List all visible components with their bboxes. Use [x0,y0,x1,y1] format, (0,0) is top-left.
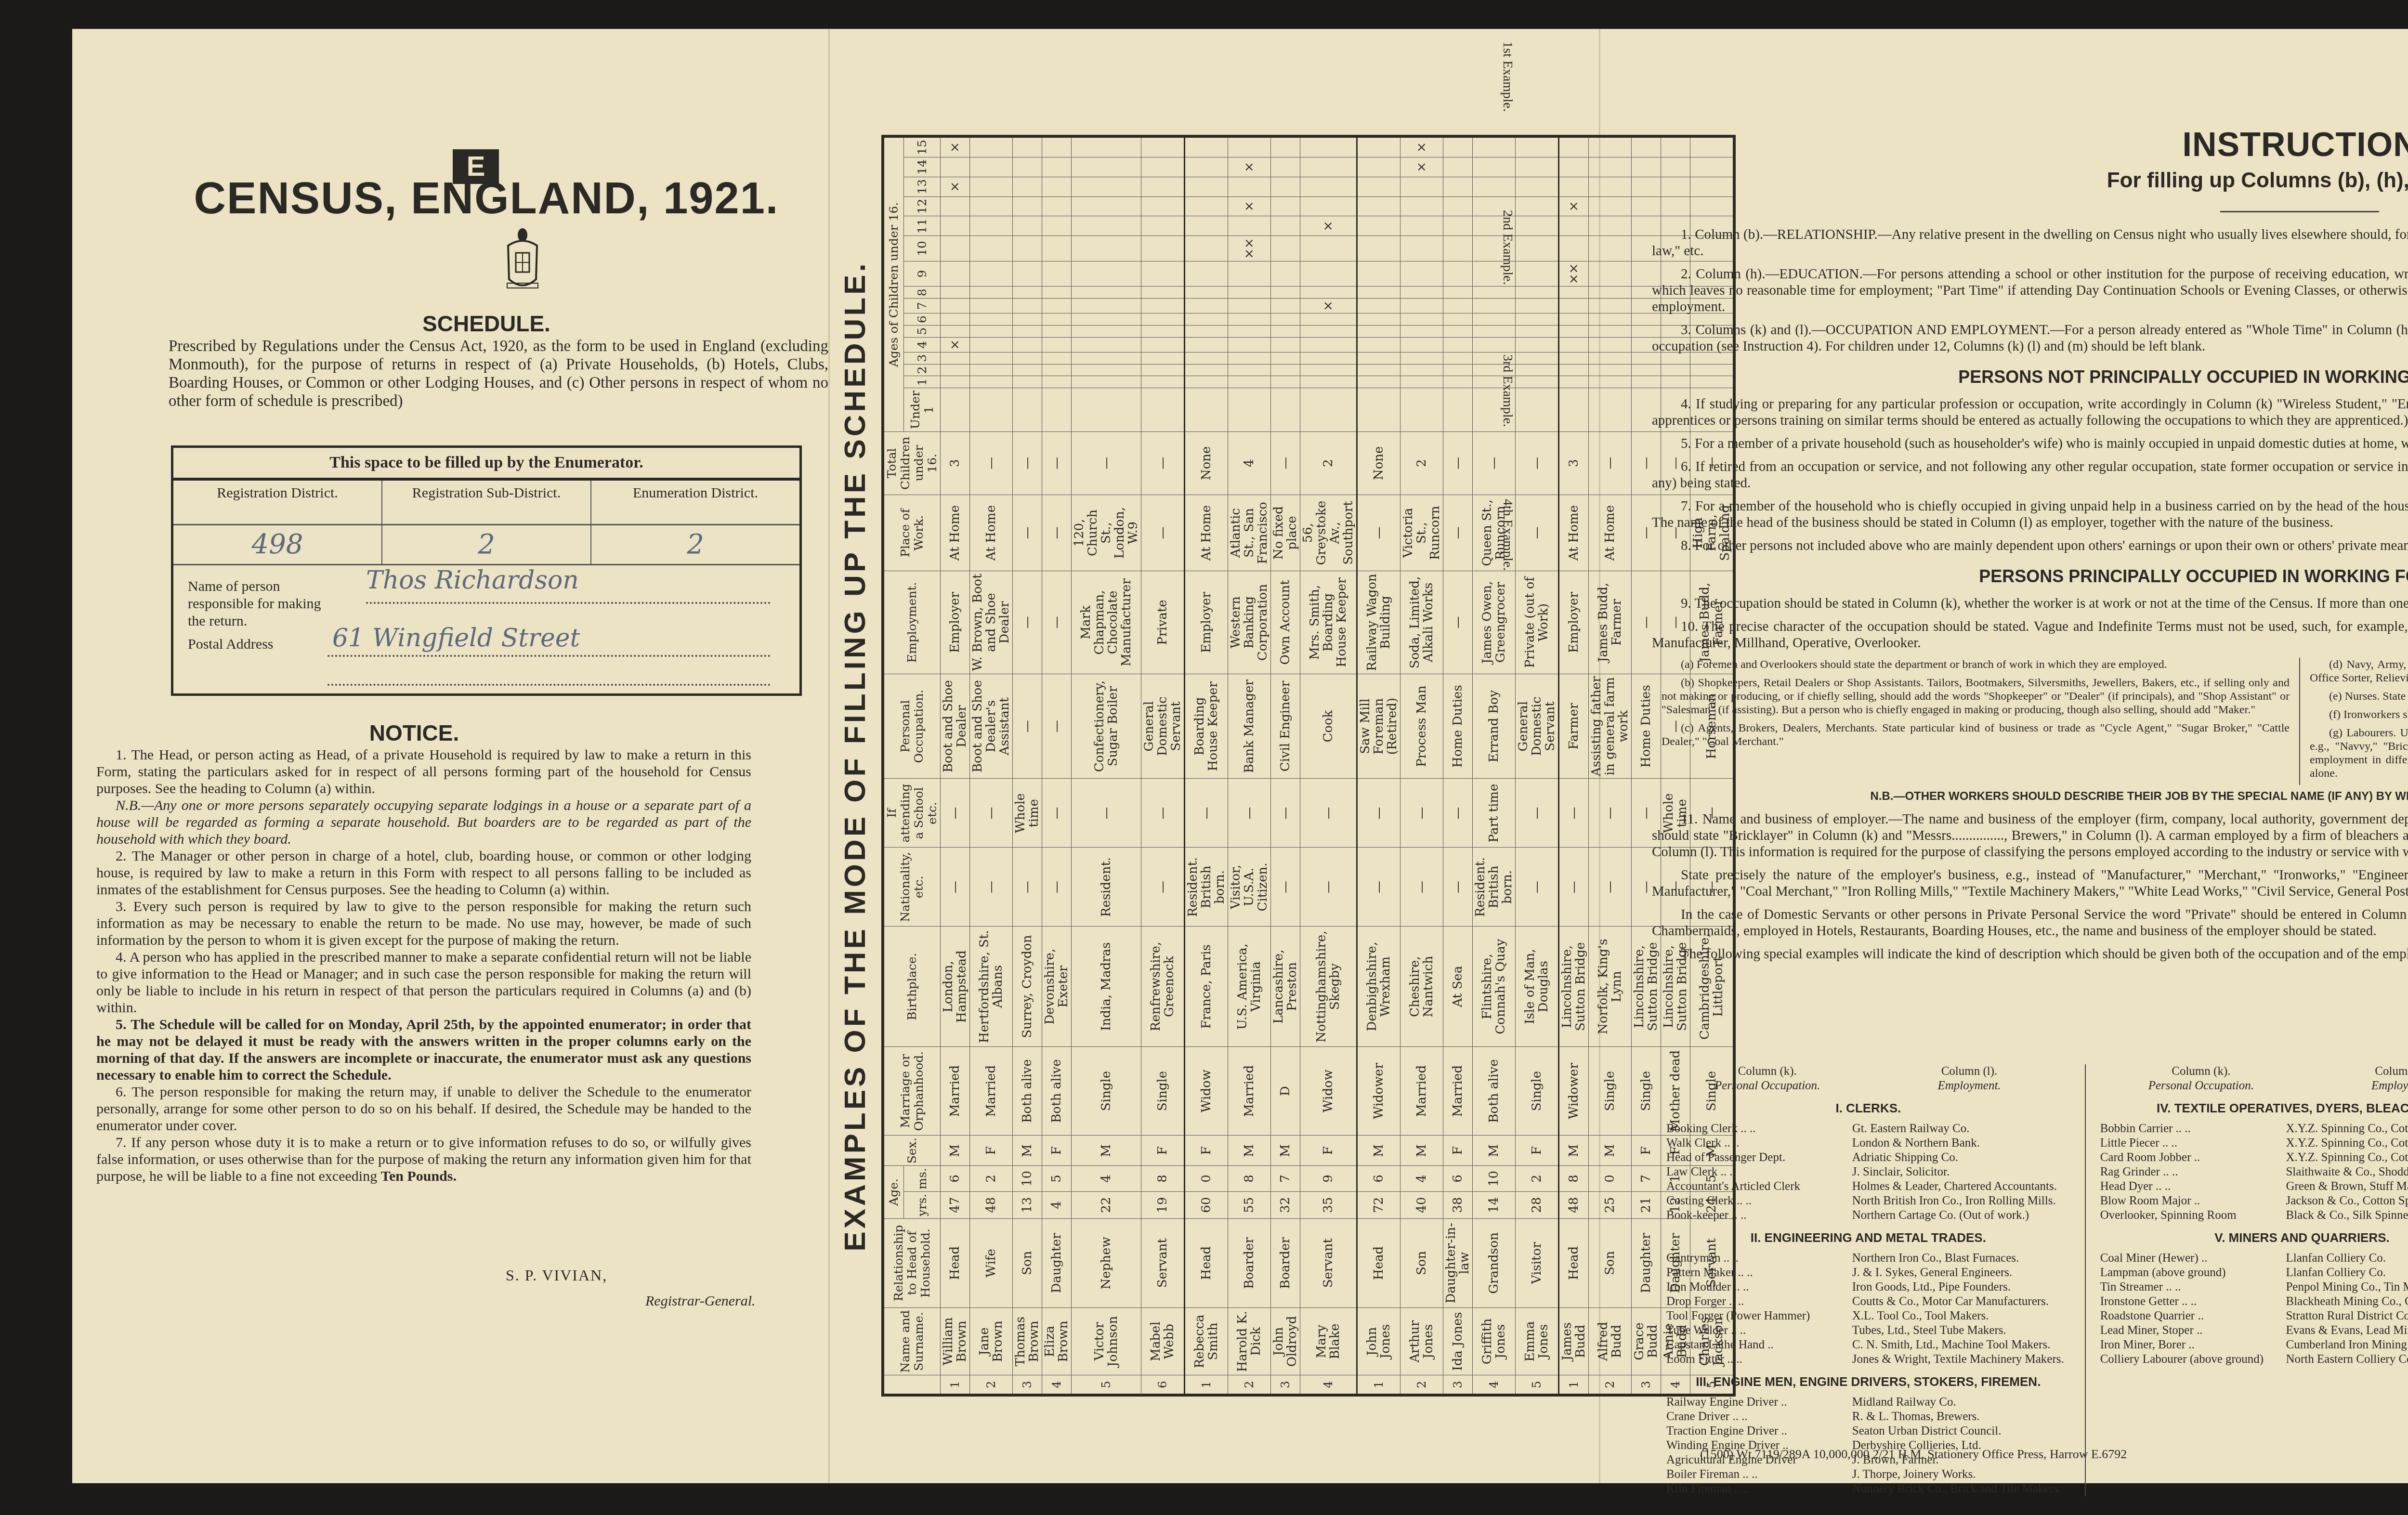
hdr-marriage: Marriage or Orphanhood. [883,1046,941,1135]
cell-nat: — [1271,848,1300,927]
cell-name: Thomas Brown [1013,1308,1042,1375]
cell-yrs: 48 [1559,1191,1589,1218]
cell-ms: 9 [1300,1166,1357,1191]
cell-child-age [1300,388,1357,431]
cell-nat: — [1141,848,1185,927]
cell-tot: — [1072,431,1141,495]
schedule-title: SCHEDULE. [144,311,828,337]
cell-tot: — [1141,431,1185,495]
cell-child-age [1185,261,1228,287]
cell-child-age [1443,236,1473,261]
cell-child-age [1271,216,1300,236]
fine-amount: Ten Pounds. [381,1168,457,1184]
cell-rel: Daughter-in-law [1443,1218,1473,1307]
cell-emp: Employer [1185,571,1228,674]
cell-yrs: 19 [1141,1191,1185,1218]
cell-place: 56, Greystoke Av., Southport [1300,495,1357,571]
cell-child-age [941,236,970,261]
cell-place: Victoria St., Runcorn [1400,495,1443,571]
cell-child-age [1013,376,1042,388]
cell-tot: — [1042,431,1072,495]
cell-occ: Boarding House Keeper [1185,674,1228,779]
cell-name: Victor Johnson [1072,1308,1141,1375]
cell-ms: 8 [1228,1166,1271,1191]
cell-tot: — [1013,431,1042,495]
cell-child-age [1042,388,1072,431]
instruction-3: 3. Columns (k) and (l).—OCCUPATION AND E… [1652,322,2408,354]
cell-name: John Jones [1357,1308,1400,1375]
cell-rel: Son [1013,1218,1042,1307]
occupation-subrules: (a) Foremen and Overlookers should state… [1652,658,2408,785]
cell-child-age [1013,337,1042,352]
cell-child-age [1300,136,1357,157]
cell-occ: Saw Mill Foreman (Retired) [1357,674,1400,779]
example-row: Capstan Lathe Hand ..C. N. Smith, Ltd., … [1666,1338,2070,1352]
example-occupation: Pattern Maker .. .. [1666,1266,1852,1280]
cell-emp: Private [1141,571,1185,674]
table-row: 5Emma JonesVisitor282FSingleIsle of Man,… [1516,136,1559,1395]
examples-column-2: Column (k).Personal Occupation.Column (l… [2086,1064,2408,1496]
cell-child-age [1271,157,1300,177]
cell-child-age [1357,216,1400,236]
cell-child-age [1042,157,1072,177]
example-row: Law Clerk .. ..J. Sinclair, Solicitor. [1666,1165,2070,1179]
cell-child-age [1443,325,1473,337]
example-occupation: Overlooker, Spinning Room [2100,1208,2286,1223]
cell-child-age [1228,376,1271,388]
cell-child-age [1072,261,1141,287]
cell-name: Arthur Jones [1400,1308,1443,1375]
cell-child-age [1141,352,1185,364]
instruction-11-examples-intro: The following special examples will indi… [1652,946,2408,962]
cell-tot: 3 [1559,431,1589,495]
cell-child-age [1443,261,1473,287]
cell-child-age [1271,313,1300,326]
example-section-title: II. ENGINEERING AND METAL TRADES. [1666,1230,2070,1245]
cell-child-age [1271,352,1300,364]
signature-name: S. P. VIVIAN, [506,1267,607,1284]
cell-child-age [1443,177,1473,196]
cell-child-age [1357,388,1400,431]
cell-child-age [1400,287,1443,299]
cell-child-age [1141,376,1185,388]
cell-child-age [1013,136,1042,157]
example-row: Card Room Jobber ..X.Y.Z. Spinning Co., … [2100,1150,2408,1165]
example-occupation: Tin Streamer .. .. [2100,1280,2286,1294]
hdr-child-age: 13 [904,177,941,196]
example-row: Tin Streamer .. ..Penpol Mining Co., Tin… [2100,1280,2408,1294]
cell-child-age [1228,216,1271,236]
cell-n: 5 [1516,1375,1559,1396]
cell-child-age [1185,299,1228,313]
cell-sex: F [1300,1136,1357,1166]
cell-child-age [1042,376,1072,388]
cell-birth: Denbighshire, Wrexham [1357,927,1400,1046]
example-employment: J. Sinclair, Solicitor. [1852,1165,2070,1179]
cell-n: 4 [1473,1375,1516,1396]
example-section-title: IV. TEXTILE OPERATIVES, DYERS, BLEACHERS… [2100,1101,2408,1116]
cell-child-age [1141,136,1185,157]
cell-child-age [1228,299,1271,313]
hdr-child-age: 9 [904,261,941,287]
table-row: 2Jane BrownWife482FMarriedHertfordshire,… [970,136,1013,1395]
example-row: Boiler Fireman .. ..J. Thorpe, Joinery W… [1666,1467,2070,1482]
example-employment: Coutts & Co., Motor Car Manufacturers. [1852,1294,2070,1309]
cell-child-age [1443,313,1473,326]
enumeration-district-value[interactable]: 2 [591,525,799,564]
cell-yrs: 28 [1516,1191,1559,1218]
cell-child-age [1559,299,1589,313]
cell-child-age [1141,216,1185,236]
example-employment: Penpol Mining Co., Tin Mine Owners. [2286,1280,2408,1294]
example-row: Blow Room Major ..Jackson & Co., Cotton … [2100,1194,2408,1208]
cell-occ: General Domestic Servant [1141,674,1185,779]
cell-child-age [970,216,1013,236]
cell-child-age [1516,313,1559,326]
cell-place: At Home [1559,495,1589,571]
instruction-11: 11. Name and business of employer.—The n… [1652,811,2408,860]
cell-place: At Home [1185,495,1228,571]
cell-nat: — [1042,848,1072,927]
example-employment: X.Y.Z. Spinning Co., Cotton Spinners. [2286,1122,2408,1136]
example-row: Overlooker, Spinning RoomBlack & Co., Si… [2100,1208,2408,1223]
example-occupation: Accountant's Articled Clerk [1666,1179,1852,1194]
cell-birth: London, Hampstead [941,927,970,1046]
example-employment: J. & I. Sykes, General Engineers. [1852,1266,2070,1280]
cell-tot: — [1271,431,1300,495]
example-employment: Tubes, Ltd., Steel Tube Makers. [1852,1323,2070,1338]
cell-child-age [1072,364,1141,376]
cell-place: 120, Church St., London, W.9 [1072,495,1141,571]
notice-6: 6. The person responsible for making the… [96,1084,751,1134]
cell-child-age [1443,364,1473,376]
hdr-child-age: 7 [904,299,941,313]
cell-child-age [1228,364,1271,376]
cell-child-age [1400,325,1443,337]
cell-sch: — [1300,779,1357,848]
instruction-11-business: State precisely the nature of the employ… [1652,867,2408,900]
subrule-c: (c) Agents, Brokers, Dealers, Merchants.… [1662,721,2290,748]
cell-child-age [1072,177,1141,196]
cell-child-age [1185,352,1228,364]
cell-child-age [1271,364,1300,376]
cell-child-age [1559,376,1589,388]
cell-emp: Mrs. Smith, Boarding House Keeper [1300,571,1357,674]
example-occupation: Coal Miner (Hewer) .. [2100,1251,2286,1266]
cell-child-age [1013,299,1042,313]
example-occupation: Roadstone Quarrier .. [2100,1309,2286,1323]
hdr-place: Place of Work. [883,495,941,571]
cell-child-age [941,313,970,326]
cell-child-age [1357,325,1400,337]
cell-child-age [1185,157,1228,177]
cell-sex: F [1185,1136,1228,1166]
cell-child-age [970,352,1013,364]
cell-child-age [1443,196,1473,216]
example-employment: Llanfan Colliery Co. [2286,1251,2408,1266]
notice-7: 7. If any person whose duty it is to mak… [96,1134,751,1185]
cell-child-age [1072,337,1141,352]
cell-child-age [1013,287,1042,299]
instruction-8: 8. For other persons not included above … [1652,537,2408,554]
cell-yrs: 60 [1185,1191,1228,1218]
cell-child-age [1228,177,1271,196]
cell-child-age [1042,236,1072,261]
cell-occ: Boot and Shoe Dealer's Assistant [970,674,1013,779]
cell-mar: Single [1072,1046,1141,1135]
cell-place: — [1042,495,1072,571]
cell-rel: Servant [1141,1218,1185,1307]
table-row: 2Arthur JonesSon404MMarriedCheshire, Nan… [1400,136,1443,1395]
cell-child-age [941,196,970,216]
hdr-birthplace: Birthplace. [883,927,941,1046]
cell-child-age [1013,364,1042,376]
cell-birth: Nottinghamshire, Skegby [1300,927,1357,1046]
heading-occupied: PERSONS PRINCIPALLY OCCUPIED IN WORKING … [1652,566,2408,587]
cell-ms: 5 [1042,1166,1072,1191]
hdr-child-age: 6 [904,313,941,326]
cell-child-age [1228,352,1271,364]
cell-mar: Both alive [1042,1046,1072,1135]
cell-birth: Cheshire, Nantwich [1400,927,1443,1046]
cell-sex: M [1228,1136,1271,1166]
cell-child-age [1443,287,1473,299]
cell-child-age [1271,196,1300,216]
cell-ms: 6 [941,1166,970,1191]
address-dotted-line-2 [327,684,771,686]
occupation-examples: Column (k).Personal Occupation.Column (l… [1652,1064,2408,1496]
cell-mar: Widow [1185,1046,1228,1135]
cell-emp: Employer [941,571,970,674]
hdr-ages-children: Ages of Children under 16. [883,136,904,431]
cell-child-age [1300,177,1357,196]
cell-child-age [1559,177,1589,196]
example-row: Costing Clerk .. ..North British Iron Co… [1666,1194,2070,1208]
cell-child-age [941,325,970,337]
instruction-1: 1. Column (b).—RELATIONSHIP.—Any relativ… [1652,226,2408,259]
postal-address-value[interactable]: 61 Wingfield Street [332,624,580,653]
cell-sex: M [1013,1136,1042,1166]
instruction-4: 4. If studying or preparing for any part… [1652,396,2408,429]
cell-emp: — [1013,571,1042,674]
cell-child-age [1185,287,1228,299]
cell-child-age [1072,388,1141,431]
example-label-3: 3rd Example. [1500,354,1515,499]
cell-n: 2 [970,1375,1013,1396]
cell-child-age [1042,364,1072,376]
hdr-age-yrs: yrs. [904,1191,941,1218]
example-occupation: Rag Grinder .. .. [2100,1165,2286,1179]
cell-sch: — [1400,779,1443,848]
child-age-mark: × [1559,196,1589,216]
cell-occ: General Domestic Servant [1516,674,1559,779]
example-section-title: I. CLERKS. [1666,1101,2070,1116]
cell-name: Jane Brown [970,1308,1013,1375]
hdr-child-age: 11 [904,216,941,236]
cell-nat: Resident. British born. [1185,848,1228,927]
cell-child-age [1400,388,1443,431]
cell-child-age [1400,313,1443,326]
cell-child-age [1443,352,1473,364]
cell-child-age [1141,299,1185,313]
table-row: 1William BrownHead476MMarriedLondon, Ham… [941,136,970,1395]
example-row: Iron Moulder .. ..Iron Goods, Ltd., Pipe… [1666,1280,2070,1294]
cell-sex: M [1400,1136,1443,1166]
cell-child-age [1042,196,1072,216]
cell-emp: Employer [1559,571,1589,674]
cell-sch: — [1357,779,1400,848]
cell-child-age [1400,177,1443,196]
cell-child-age [1141,236,1185,261]
cell-child-age [1042,216,1072,236]
cell-nat: — [1357,848,1400,927]
cell-rel: Visitor [1516,1218,1559,1307]
cell-child-age [1559,352,1589,364]
instruction-7: 7. For a member of the household who is … [1652,498,2408,531]
child-age-mark: × [1400,136,1443,157]
cell-yrs: 14 [1473,1191,1516,1218]
cell-sch: — [970,779,1013,848]
table-row: 3Ida JonesDaughter-in-law386FMarriedAt S… [1443,136,1473,1395]
subrule-g: (g) Labourers. Unskilled workers usually… [2310,726,2408,780]
example-occupation: Card Room Jobber .. [2100,1150,2286,1165]
registration-district-value[interactable]: 498 [173,525,382,564]
name-of-person-value[interactable]: Thos Richardson [366,566,579,595]
cell-name: John Oldroyd [1271,1308,1300,1375]
cell-birth: At Sea [1443,927,1473,1046]
example-employment: J. Thorpe, Joinery Works. [1852,1467,2070,1482]
cell-ms: 8 [1141,1166,1185,1191]
example-occupation: Gantryman .. .. [1666,1251,1852,1266]
cell-birth: Lincolnshire, Sutton Bridge [1559,927,1589,1046]
cell-child-age [970,157,1013,177]
instructions-body: 1. Column (b).—RELATIONSHIP.—Any relativ… [1652,226,2408,969]
cell-child-age [1516,287,1559,299]
hdr-total-children: Total Children under 16. [883,431,941,495]
example-row: Rag Grinder .. ..Slaithwaite & Co., Shod… [2100,1165,2408,1179]
cell-child-age [1271,337,1300,352]
cell-child-age [1559,325,1589,337]
hdr-child-age: Under 1 [904,388,941,431]
example-row: Coal Miner (Hewer) ..Llanfan Colliery Co… [2100,1251,2408,1266]
example-row: Pattern Maker .. ..J. & I. Sykes, Genera… [1666,1266,2070,1280]
cell-child-age [1013,177,1042,196]
example-row: Gantryman .. ..Northern Iron Co., Blast … [1666,1251,2070,1266]
cell-child-age [1516,196,1559,216]
child-age-mark: ×× [1559,261,1589,287]
hdr-age: Age. [883,1166,904,1218]
cell-child-age [970,196,1013,216]
example-employment: X.Y.Z. Spinning Co., Cotton Spinners. [2286,1150,2408,1165]
cell-sch: — [1072,779,1141,848]
cell-ms: 6 [1357,1166,1400,1191]
cell-child-age [1072,136,1141,157]
example-employment: Evans & Evans, Lead Mine Owners. [2286,1323,2408,1338]
cell-child-age [1400,261,1443,287]
registration-sub-district-value[interactable]: 2 [382,525,591,564]
cell-child-age [1072,157,1141,177]
cell-nat: — [1400,848,1443,927]
cell-child-age [1013,157,1042,177]
example-employment: Stratton Rural District Council. [2286,1309,2408,1323]
cell-ms: 6 [1443,1166,1473,1191]
cell-child-age [1400,299,1443,313]
cell-birth: U.S. America, Virginia [1228,927,1271,1046]
instruction-5: 5. For a member of a private household (… [1652,435,2408,452]
cell-sex: M [1357,1136,1400,1166]
cell-child-age [941,299,970,313]
cell-name: William Brown [941,1308,970,1375]
example-row: Loom Fitter .. ..Jones & Wright, Textile… [1666,1352,2070,1367]
cell-sex: M [1473,1136,1516,1166]
cell-child-age [1072,299,1141,313]
heading-not-occupied: PERSONS NOT PRINCIPALLY OCCUPIED IN WORK… [1652,367,2408,387]
cell-n: 5 [1072,1375,1141,1396]
notice-body: 1. The Head, or person acting as Head, o… [96,746,751,1185]
cell-yrs: 40 [1400,1191,1443,1218]
example-employment: Slaithwaite & Co., Shoddy Manufacturers. [2286,1165,2408,1179]
cell-sch: — [1042,779,1072,848]
cell-name: Mabel Webb [1141,1308,1185,1375]
cell-child-age [1228,287,1271,299]
cell-n: 4 [1300,1375,1357,1396]
cell-child-age [1357,287,1400,299]
table-row: 3John OldroydBoarder327MDLancashire, Pre… [1271,136,1300,1395]
subrule-e: (e) Nurses. State whether "Nurse (Domest… [2310,690,2408,703]
cell-sex: M [1072,1136,1141,1166]
child-age-mark: × [941,337,970,352]
cell-child-age [1357,364,1400,376]
example-row: Accountant's Articled ClerkHolmes & Lead… [1666,1179,2070,1194]
notice-4: 4. A person who has applied in the presc… [96,949,751,1016]
cell-birth: Flintshire, Connah's Quay [1473,927,1516,1046]
cell-child-age [1271,261,1300,287]
example-employment: Holmes & Leader, Chartered Accountants. [1852,1179,2070,1194]
rotated-examples: EXAMPLES OF THE MODE OF FILLING UP THE S… [828,67,1599,1445]
cell-child-age [1400,196,1443,216]
cell-child-age [970,313,1013,326]
cell-child-age [1072,236,1141,261]
cell-n: 2 [1400,1375,1443,1396]
table-row: 4Eliza BrownDaughter45FBoth aliveDevonsh… [1042,136,1072,1395]
cell-place: — [1357,495,1400,571]
cell-child-age [1357,136,1400,157]
cell-child-age [1042,136,1072,157]
example-occupation: Drop Forger .. .. [1666,1294,1852,1309]
cell-ms: 10 [1013,1166,1042,1191]
cell-birth: Surrey, Croydon [1013,927,1042,1046]
cell-place: — [1141,495,1185,571]
cell-child-age [1185,364,1228,376]
cell-sch: — [941,779,970,848]
cell-child-age [1185,196,1228,216]
example-row: Drop Forger .. ..Coutts & Co., Motor Car… [1666,1294,2070,1309]
cell-child-age [1559,136,1589,157]
instructions-panel: INSTRUCTIONS For filling up Columns (b),… [1599,29,2408,1483]
notice-1: 1. The Head, or person acting as Head, o… [96,746,751,797]
example-employment: Blackheath Mining Co., Coal & Iron Mines… [2286,1294,2408,1309]
cell-child-age [1141,313,1185,326]
cell-child-age [1185,325,1228,337]
cell-sex: M [1271,1136,1300,1166]
cell-sch: Part time [1473,779,1516,848]
cell-name: Rebecca Smith [1185,1308,1228,1375]
cell-nat: — [1443,848,1473,927]
instruction-2: 2. Column (h).—EDUCATION.—For persons at… [1652,266,2408,315]
example-occupation: Book-keeper .. .. [1666,1208,1852,1223]
postal-address-label: Postal Address [188,636,274,653]
example-employment: Cumberland Iron Mining Co. [2286,1338,2408,1352]
